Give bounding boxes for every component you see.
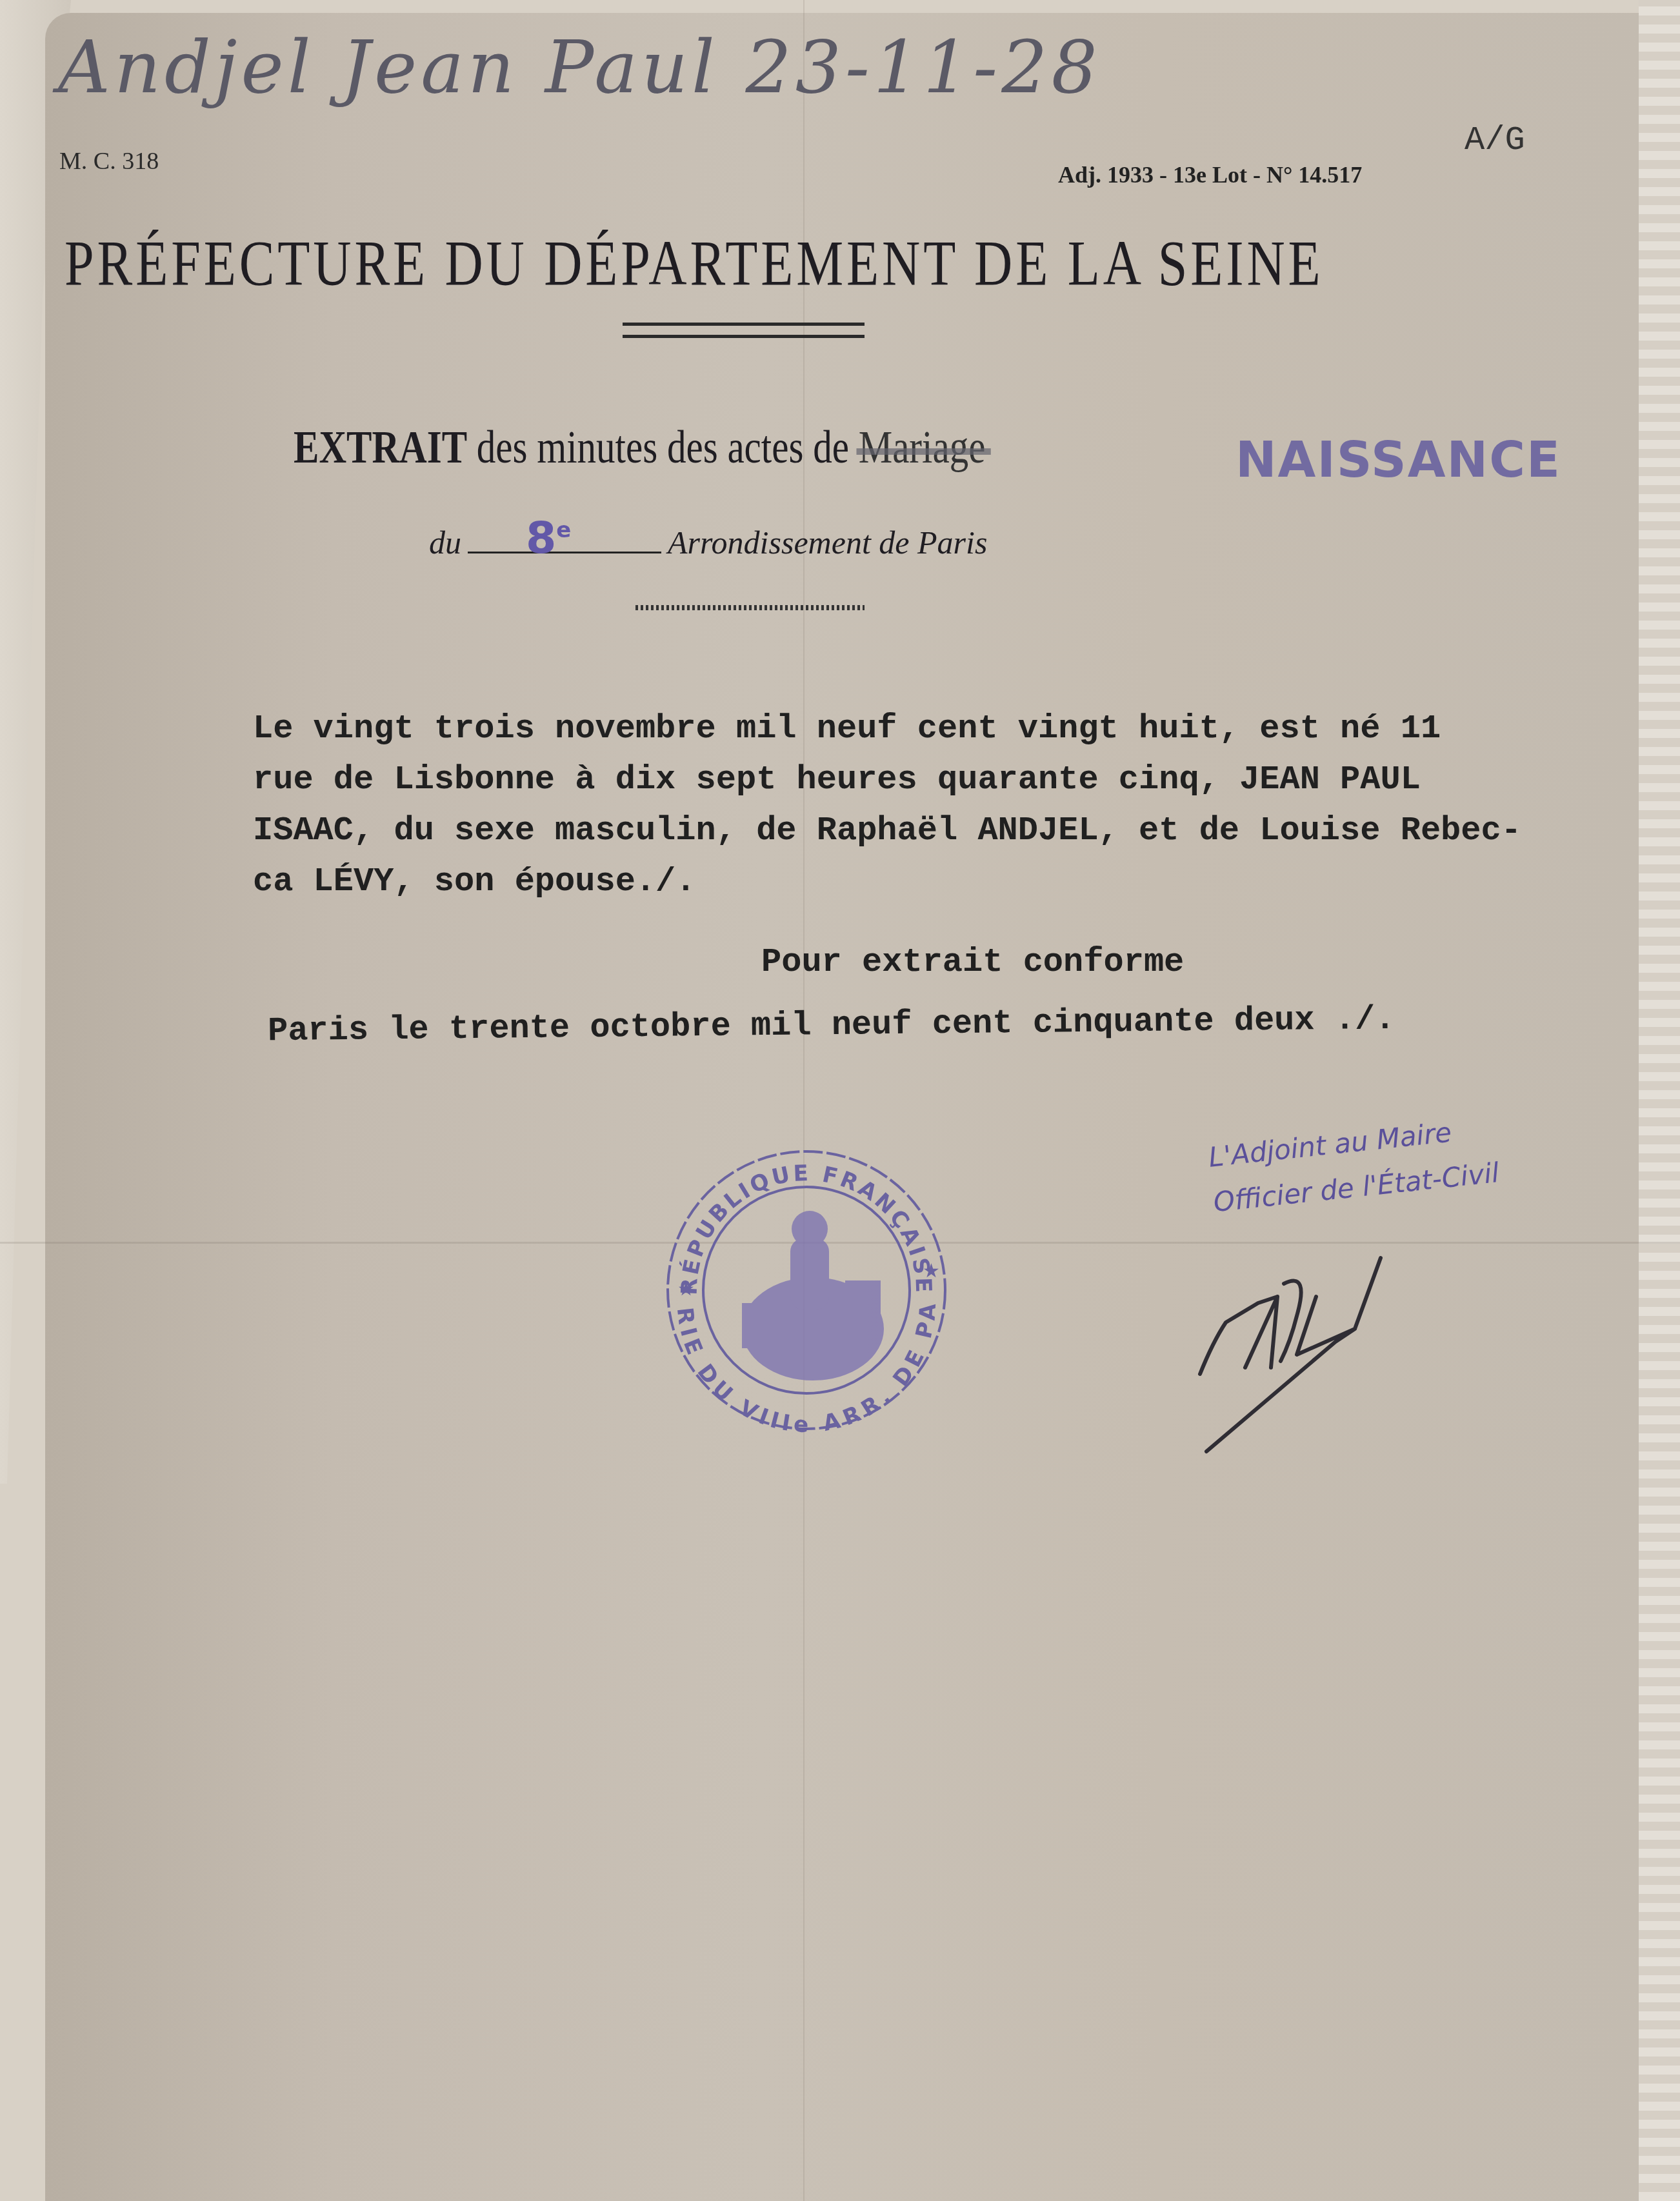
typed-body: Le vingt trois novembre mil neuf cent vi… bbox=[253, 703, 1608, 907]
certification-text: Pour extrait conforme bbox=[761, 943, 1184, 981]
mairie-seal-icon: RÉPUBLIQUE FRANÇAISE MAIRIE DU VIIIe ARR… bbox=[658, 1142, 955, 1439]
arrondissement-number: 8 bbox=[526, 513, 556, 564]
signature-icon bbox=[1187, 1245, 1458, 1477]
body-line: ca LÉVY, son épouse./. bbox=[253, 856, 1608, 907]
struck-word: Mariage bbox=[859, 421, 986, 473]
body-line: rue de Lisbonne à dix sept heures quaran… bbox=[253, 754, 1608, 805]
extract-line: EXTRAIT des minutes des actes de Mariage bbox=[294, 421, 985, 474]
background-edge bbox=[1639, 0, 1680, 2201]
du-label: du bbox=[429, 524, 461, 561]
body-line: Le vingt trois novembre mil neuf cent vi… bbox=[253, 703, 1608, 754]
header-title: PRÉFECTURE DU DÉPARTEMENT DE LA SEINE bbox=[65, 226, 1324, 300]
form-code: M. C. 318 bbox=[59, 147, 159, 175]
arrondissement-label: Arrondissement de Paris bbox=[668, 524, 987, 561]
arrondissement-number-stamp: 8e bbox=[526, 513, 571, 564]
double-rule-divider bbox=[623, 323, 865, 338]
svg-text:★: ★ bbox=[677, 1279, 695, 1300]
document-page bbox=[45, 13, 1639, 2201]
corner-mark: A/G bbox=[1465, 121, 1525, 159]
arrondissement-suffix: e bbox=[556, 517, 571, 543]
extract-label: EXTRAIT bbox=[294, 421, 467, 473]
body-line: ISAAC, du sexe masculin, de Raphaël ANDJ… bbox=[253, 805, 1608, 856]
print-reference: Adj. 1933 - 13e Lot - N° 14.517 bbox=[1058, 161, 1362, 188]
naissance-stamp: NAISSANCE bbox=[1235, 431, 1561, 488]
wavy-divider bbox=[635, 605, 865, 610]
arrondissement-line: duArrondissement de Paris bbox=[429, 524, 987, 561]
handwritten-annotation: Andjel Jean Paul 23-11-28 bbox=[58, 26, 1101, 110]
extract-text: des minutes des actes de bbox=[477, 421, 849, 473]
svg-text:★: ★ bbox=[923, 1260, 940, 1282]
